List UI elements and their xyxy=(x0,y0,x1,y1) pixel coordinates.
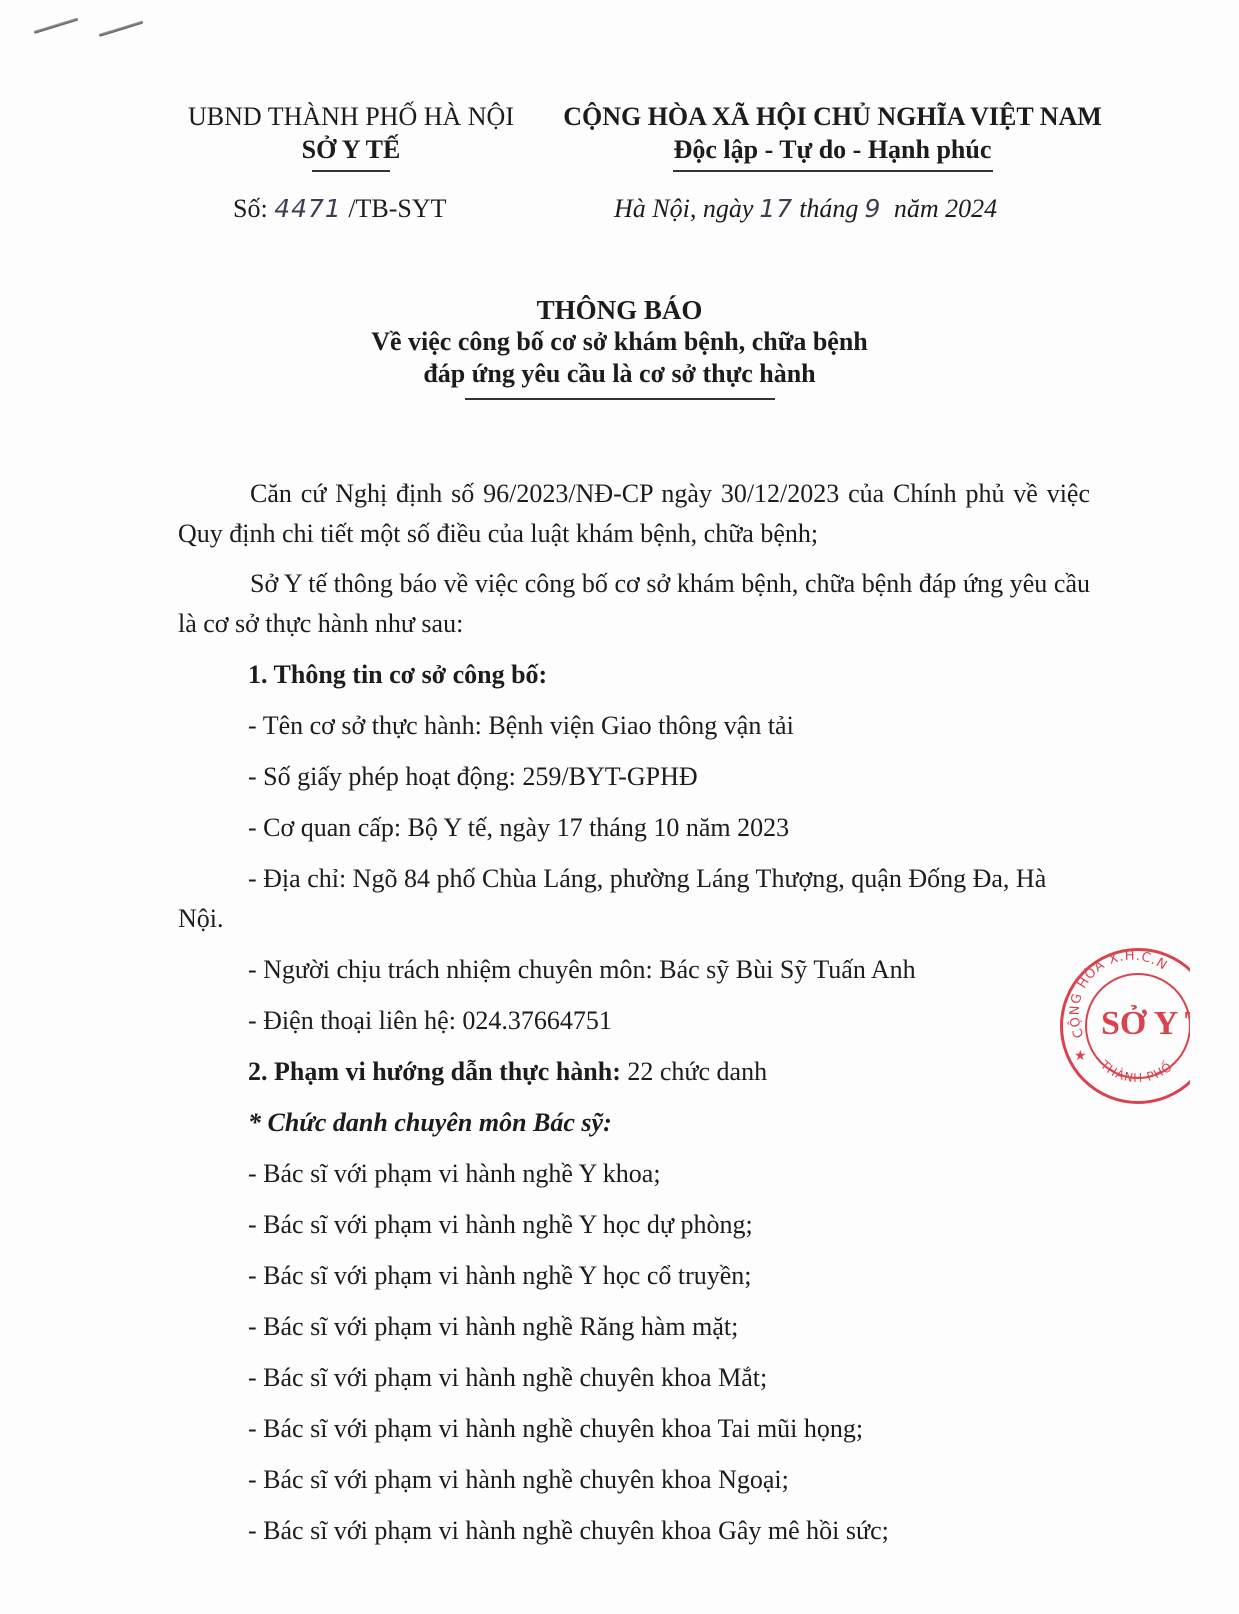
date-month-label: tháng xyxy=(799,194,858,223)
page-edge xyxy=(1190,900,1239,1140)
department-name: SỞ Y TẾ xyxy=(188,133,514,166)
list-item: - Bác sĩ với phạm vi hành nghề chuyên kh… xyxy=(178,1511,1090,1551)
section2-heading: 2. Phạm vi hướng dẫn thực hành: 22 chức … xyxy=(178,1052,1090,1092)
date-month-handwritten: 9 xyxy=(864,194,881,223)
list-item: - Bác sĩ với phạm vi hành nghề chuyên kh… xyxy=(178,1358,1090,1398)
document-subtitle-line1: Về việc công bố cơ sở khám bệnh, chữa bệ… xyxy=(0,326,1239,358)
agency-name: UBND THÀNH PHỐ HÀ NỘI xyxy=(188,100,514,133)
list-item: - Cơ quan cấp: Bộ Y tế, ngày 17 tháng 10… xyxy=(178,808,1090,848)
list-item: - Người chịu trách nhiệm chuyên môn: Bác… xyxy=(178,950,1090,990)
staple-mark xyxy=(34,18,79,34)
doc-number-suffix: /TB-SYT xyxy=(348,194,446,223)
section2-count: 22 chức danh xyxy=(621,1057,767,1086)
list-item: - Bác sĩ với phạm vi hành nghề Y học dự … xyxy=(178,1205,1090,1245)
doc-number-handwritten: 4471 xyxy=(274,194,342,223)
legal-basis-paragraph: Căn cứ Nghị định số 96/2023/NĐ-CP ngày 3… xyxy=(178,474,1090,554)
date-year: năm 2024 xyxy=(894,194,997,223)
divider xyxy=(312,170,390,172)
list-item: - Bác sĩ với phạm vi hành nghề chuyên kh… xyxy=(178,1409,1090,1449)
national-title: CỘNG HÒA XÃ HỘI CHỦ NGHĨA VIỆT NAM xyxy=(555,100,1110,133)
list-item: - Bác sĩ với phạm vi hành nghề Y khoa; xyxy=(178,1154,1090,1194)
list-item: - Bác sĩ với phạm vi hành nghề Y học cổ … xyxy=(178,1256,1090,1296)
divider xyxy=(673,170,993,172)
document-body: Căn cứ Nghị định số 96/2023/NĐ-CP ngày 3… xyxy=(178,474,1090,1551)
list-item: - Bác sĩ với phạm vi hành nghề chuyên kh… xyxy=(178,1460,1090,1500)
divider xyxy=(465,398,775,400)
list-item: - Tên cơ sở thực hành: Bệnh viện Giao th… xyxy=(178,706,1090,746)
date-line: Hà Nội, ngày17tháng9 năm 2024 xyxy=(614,194,997,224)
list-item: - Số giấy phép hoạt động: 259/BYT-GPHĐ xyxy=(178,757,1090,797)
date-day-handwritten: 17 xyxy=(759,194,793,223)
document-number: Số: 4471 /TB-SYT xyxy=(233,194,447,224)
document-title-block: THÔNG BÁO Về việc công bố cơ sở khám bện… xyxy=(0,294,1239,400)
svg-text:THÀNH PHỐ: THÀNH PHỐ xyxy=(1097,1057,1175,1085)
national-header-block: CỘNG HÒA XÃ HỘI CHỦ NGHĨA VIỆT NAM Độc l… xyxy=(555,100,1110,172)
staple-mark xyxy=(99,21,144,37)
section2-heading-label: 2. Phạm vi hướng dẫn thực hành: xyxy=(248,1057,621,1086)
section2-subheading: * Chức danh chuyên môn Bác sỹ: xyxy=(178,1103,1090,1143)
national-motto: Độc lập - Tự do - Hạnh phúc xyxy=(555,133,1110,166)
intro-paragraph: Sở Y tế thông báo về việc công bố cơ sở … xyxy=(178,564,1090,644)
list-item: - Bác sĩ với phạm vi hành nghề Răng hàm … xyxy=(178,1307,1090,1347)
list-item: - Địa chỉ: Ngõ 84 phố Chùa Láng, phường … xyxy=(178,859,1090,939)
document-title: THÔNG BÁO xyxy=(0,294,1239,326)
date-place: Hà Nội, ngày xyxy=(614,194,753,223)
section1-heading: 1. Thông tin cơ sở công bố: xyxy=(178,655,1090,695)
doc-number-label: Số: xyxy=(233,194,268,223)
star-icon: ★ xyxy=(1074,1049,1087,1064)
document-subtitle-line2: đáp ứng yêu cầu là cơ sở thực hành xyxy=(0,358,1239,390)
list-item: - Điện thoại liên hệ: 024.37664751 xyxy=(178,1001,1090,1041)
issuing-agency-block: UBND THÀNH PHỐ HÀ NỘI SỞ Y TẾ xyxy=(188,100,514,172)
